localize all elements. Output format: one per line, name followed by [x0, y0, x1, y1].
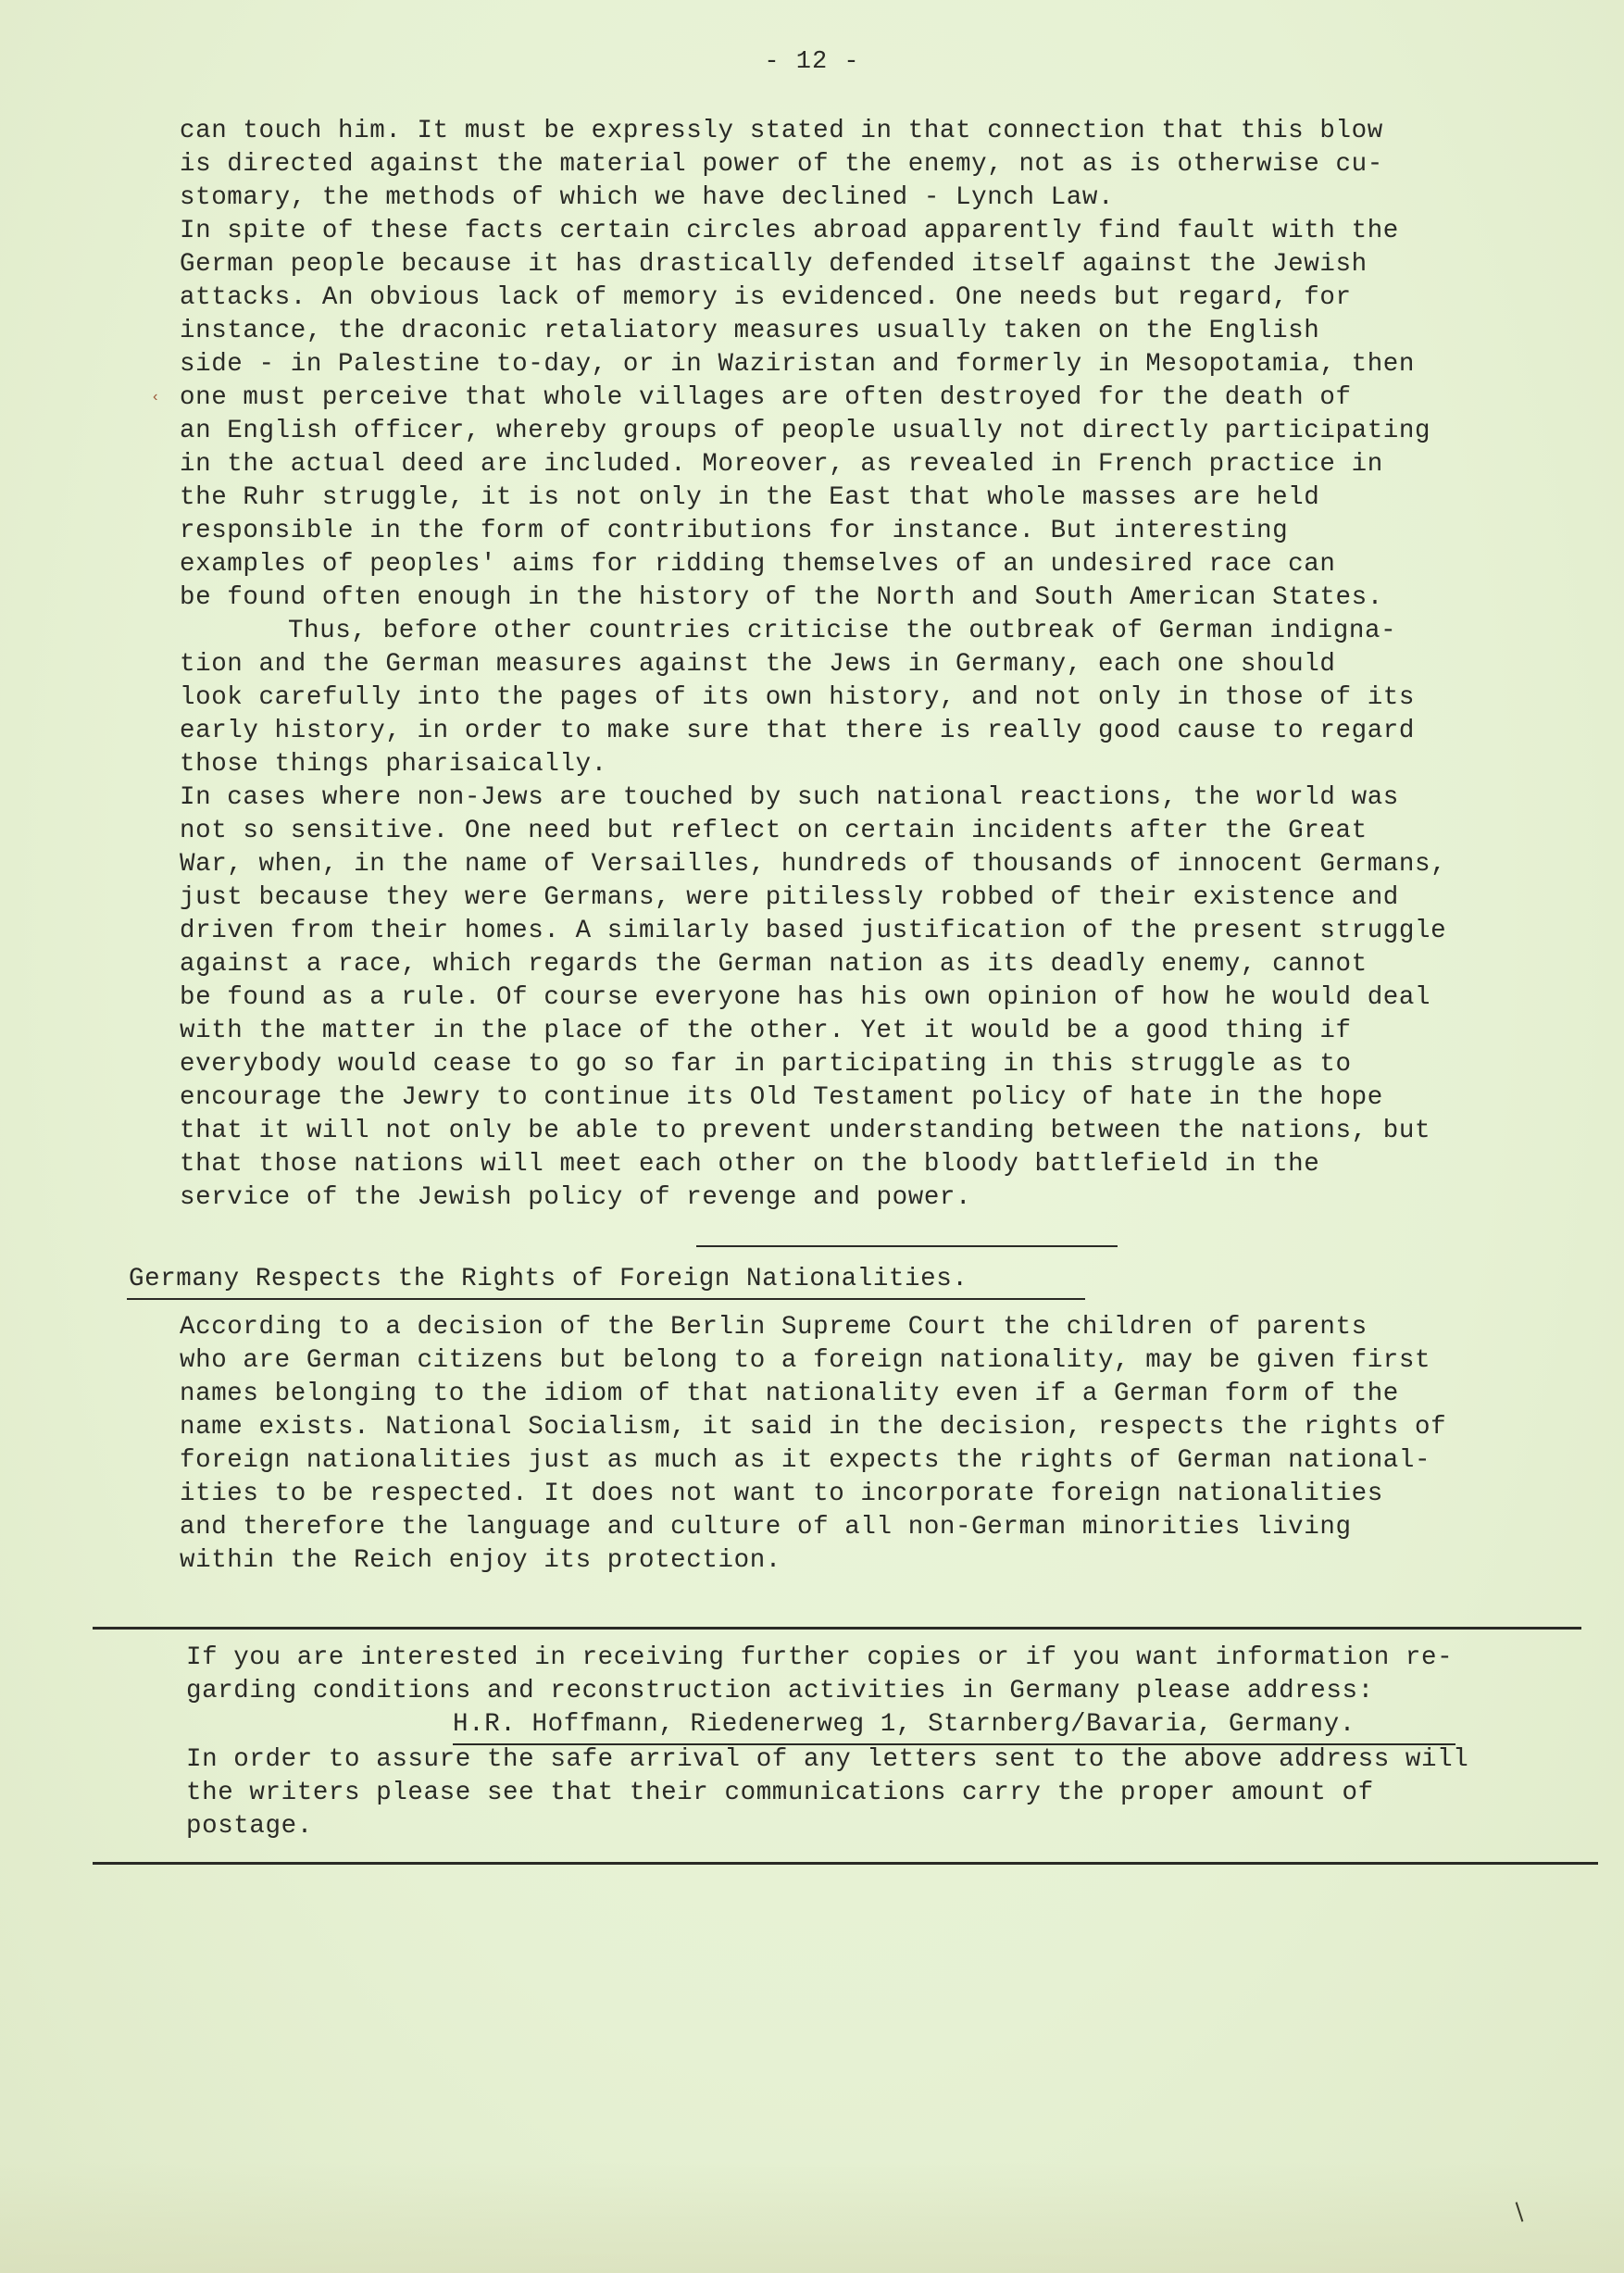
text-line: foreign nationalities just as much as it…: [180, 1444, 1446, 1478]
footer-divider-top: [93, 1627, 1581, 1630]
text-line: within the Reich enjoy its protection.: [180, 1544, 1446, 1578]
text-line: tion and the German measures against the…: [180, 648, 1446, 681]
text-line: responsible in the form of contributions…: [180, 515, 1446, 548]
text-line: and therefore the language and culture o…: [180, 1511, 1446, 1544]
text-line: stomary, the methods of which we have de…: [180, 181, 1446, 215]
text-line: early history, in order to make sure tha…: [180, 715, 1446, 748]
text-line: look carefully into the pages of its own…: [180, 681, 1446, 715]
text-line: be found as a rule. Of course everyone h…: [180, 981, 1446, 1015]
text-line: who are German citizens but belong to a …: [180, 1344, 1446, 1378]
text-line: be found often enough in the history of …: [180, 581, 1446, 615]
section-body-text: According to a decision of the Berlin Su…: [180, 1311, 1446, 1578]
text-line: everybody would cease to go so far in pa…: [180, 1048, 1446, 1081]
text-line: encourage the Jewry to continue its Old …: [180, 1081, 1446, 1115]
text-line: War, when, in the name of Versailles, hu…: [180, 848, 1446, 881]
text-line: not so sensitive. One need but reflect o…: [180, 815, 1446, 848]
section-divider: [696, 1245, 1118, 1247]
paper-shadow: [0, 2162, 1624, 2273]
footer-divider-bottom: [93, 1862, 1598, 1865]
text-line: those things pharisaically.: [180, 748, 1446, 781]
margin-mark: ‹: [151, 389, 160, 406]
text-line: driven from their homes. A similarly bas…: [180, 915, 1446, 948]
text-line: is directed against the material power o…: [180, 148, 1446, 181]
text-line: examples of peoples' aims for ridding th…: [180, 548, 1446, 581]
text-line: against a race, which regards the German…: [180, 948, 1446, 981]
text-line: In spite of these facts certain circles …: [180, 215, 1446, 248]
document-page: - 12 - ‹ can touch him. It must be expre…: [0, 0, 1624, 2273]
text-line: side - in Palestine to-day, or in Waziri…: [180, 348, 1446, 381]
text-line: just because they were Germans, were pit…: [180, 881, 1446, 915]
text-line: service of the Jewish policy of revenge …: [180, 1181, 1446, 1215]
text-line: garding conditions and reconstruction ac…: [186, 1675, 1453, 1708]
section-heading: Germany Respects the Rights of Foreign N…: [129, 1263, 968, 1296]
text-line: the Ruhr struggle, it is not only in the…: [180, 481, 1446, 515]
text-line: According to a decision of the Berlin Su…: [180, 1311, 1446, 1344]
text-line: the writers please see that their commun…: [186, 1777, 1468, 1810]
text-line: In order to assure the safe arrival of a…: [186, 1743, 1468, 1777]
text-line-indented: Thus, before other countries criticise t…: [180, 615, 1446, 648]
contact-address: H.R. Hoffmann, Riedenerweg 1, Starnberg/…: [453, 1708, 1355, 1742]
text-line: attacks. An obvious lack of memory is ev…: [180, 281, 1446, 315]
text-line: If you are interested in receiving furth…: [186, 1642, 1453, 1675]
text-line: an English officer, whereby groups of pe…: [180, 415, 1446, 448]
text-line: with the matter in the place of the othe…: [180, 1015, 1446, 1048]
text-line: names belonging to the idiom of that nat…: [180, 1378, 1446, 1411]
text-line: ities to be respected. It does not want …: [180, 1478, 1446, 1511]
footer-notice: If you are interested in receiving furth…: [186, 1642, 1453, 1708]
text-line: can touch him. It must be expressly stat…: [180, 115, 1446, 148]
footer-postage-notice: In order to assure the safe arrival of a…: [186, 1743, 1468, 1843]
text-line: that it will not only be able to prevent…: [180, 1115, 1446, 1148]
text-line: name exists. National Socialism, it said…: [180, 1411, 1446, 1444]
text-line: German people because it has drastically…: [180, 248, 1446, 281]
heading-underline: [127, 1298, 1085, 1300]
main-body-text: can touch him. It must be expressly stat…: [180, 115, 1446, 1215]
text-line: instance, the draconic retaliatory measu…: [180, 315, 1446, 348]
page-number: - 12 -: [0, 48, 1624, 76]
text-line: postage.: [186, 1810, 1468, 1843]
text-line: one must perceive that whole villages ar…: [180, 381, 1446, 415]
text-line: that those nations will meet each other …: [180, 1148, 1446, 1181]
text-line: In cases where non-Jews are touched by s…: [180, 781, 1446, 815]
text-line: in the actual deed are included. Moreove…: [180, 448, 1446, 481]
